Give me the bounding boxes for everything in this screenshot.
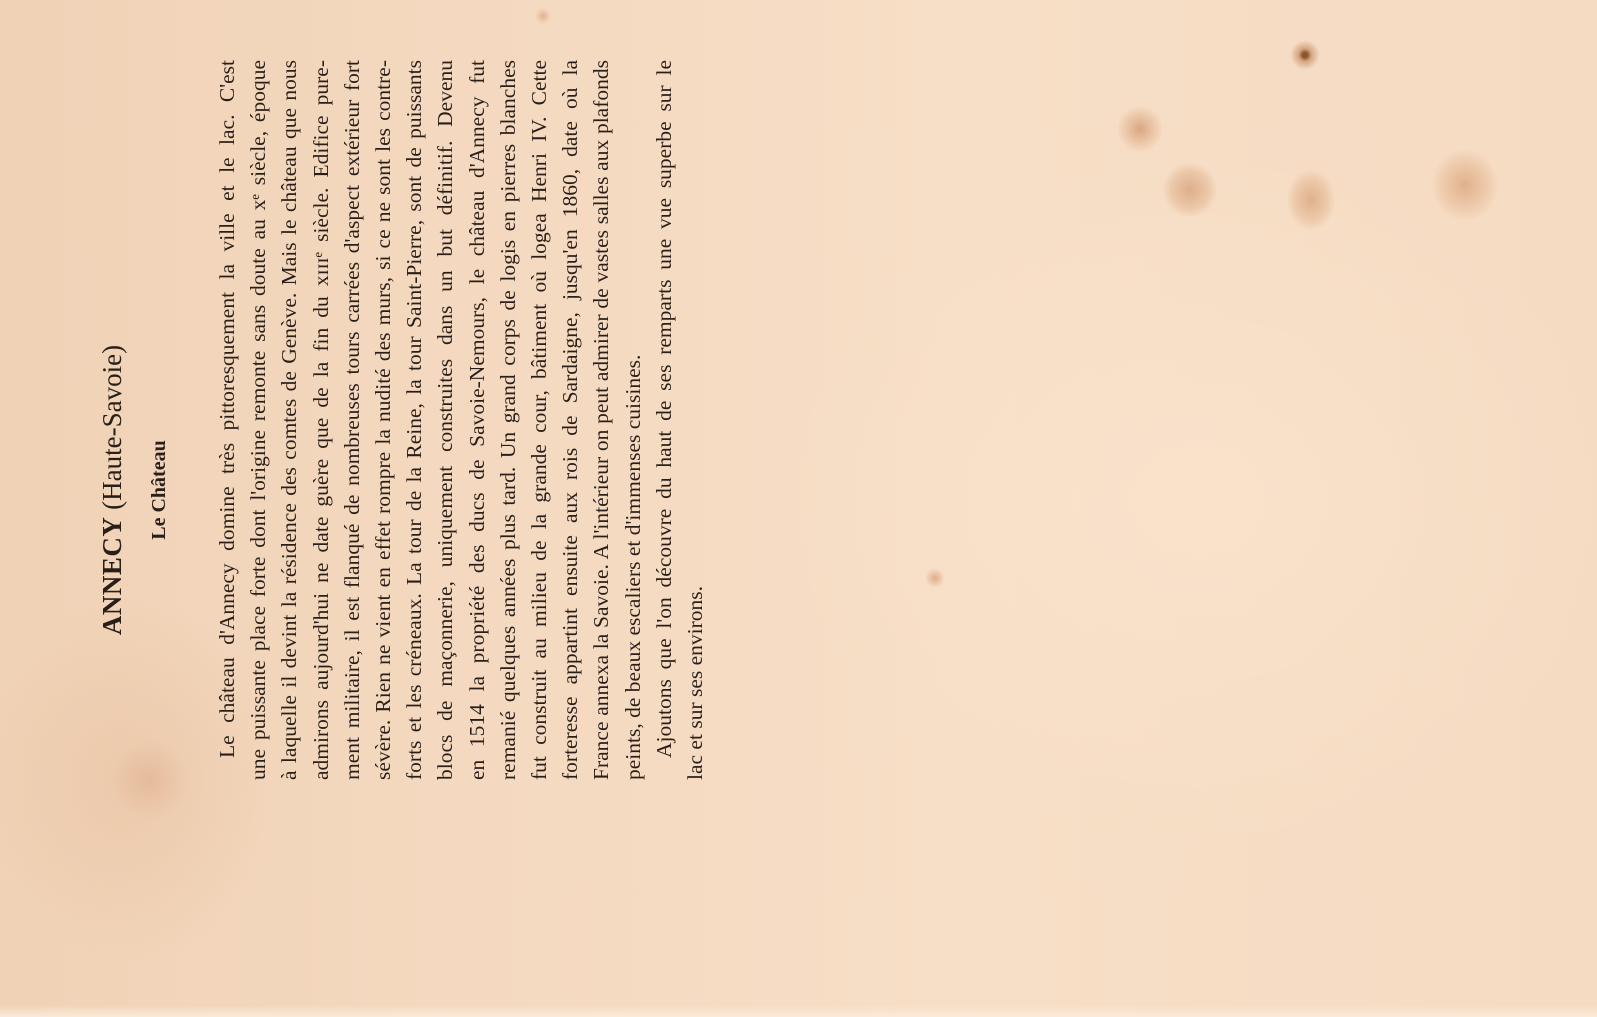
bottom-edge: [0, 1005, 1597, 1017]
stain-6: [925, 568, 945, 588]
title-region: (Haute-Savoie): [97, 345, 127, 510]
stain-3: [1163, 163, 1217, 217]
text-line: lac et sur ses environs.: [680, 60, 711, 780]
rotated-text-block: ANNECY (Haute-Savoie) Le Château Le chât…: [90, 40, 711, 940]
paragraph-2: Ajoutons que l'on découvre du haut de se…: [649, 60, 711, 780]
title-place: ANNECY: [97, 517, 127, 636]
subtitle: Le Château: [144, 40, 174, 940]
text-line: peints, de beaux escaliers et d'immenses…: [618, 60, 649, 780]
text-line: ment militaire, il est flanqué de nombre…: [337, 60, 368, 780]
text-line: remanié quelques années plus tard. Un gr…: [493, 60, 524, 780]
stain-7: [535, 8, 551, 24]
paragraph-1: Le château d'Annecy domine très pittores…: [212, 60, 649, 780]
text-line: blocs de maçonnerie, uniquement construi…: [430, 60, 461, 780]
text-line: sévère. Rien ne vient en effet rompre la…: [368, 60, 399, 780]
text-line: en 1514 la propriété des ducs de Savoie-…: [462, 60, 493, 780]
text-line: France annexa la Savoie. A l'intérieur o…: [586, 60, 617, 780]
text-line: forteresse appartint ensuite aux rois de…: [555, 60, 586, 780]
body-text: Le château d'Annecy domine très pittores…: [212, 60, 711, 780]
postcard-back: ANNECY (Haute-Savoie) Le Château Le chât…: [0, 0, 1597, 1017]
stain-1: [1290, 40, 1320, 70]
stain-5: [1432, 150, 1498, 220]
text-line: forts et les créneaux. La tour de la Rei…: [399, 60, 430, 780]
stain-2: [1118, 105, 1162, 153]
text-line: fut construit au milieu de la grande cou…: [524, 60, 555, 780]
text-line: admirons aujourd'hui ne date guère que d…: [306, 60, 337, 780]
text-line: à laquelle il devint la résidence des co…: [274, 60, 305, 780]
stain-4: [1287, 170, 1335, 230]
text-line: Ajoutons que l'on découvre du haut de se…: [649, 60, 680, 780]
page-title: ANNECY (Haute-Savoie): [90, 40, 134, 940]
text-line: Le château d'Annecy domine très pittores…: [212, 60, 243, 780]
text-line: une puissante place forte dont l'origine…: [243, 60, 274, 780]
